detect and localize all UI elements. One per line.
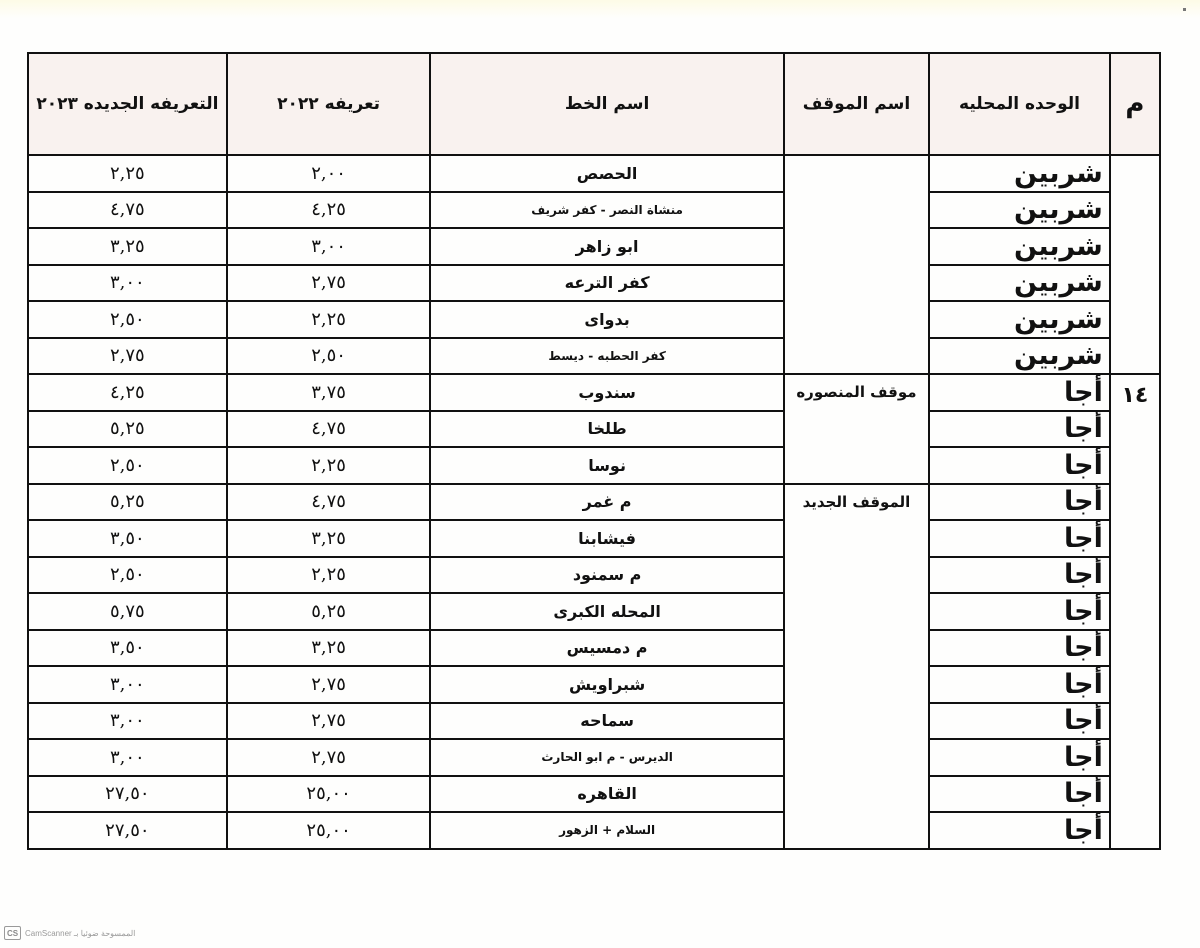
header-fare-2023: التعريفه الجديده ٢٠٢٣ <box>28 53 227 155</box>
fare-2022-cell: ٤,٧٥ <box>227 484 431 521</box>
fare-2022-cell: ٥,٢٥ <box>227 593 431 630</box>
table-row: شربينابو زاهر٣,٠٠٣,٢٥ <box>28 228 1160 265</box>
line-name-cell: القاهره <box>430 776 783 813</box>
fare-2023-cell: ٣,٢٥ <box>28 228 227 265</box>
line-name-cell: المحله الكبرى <box>430 593 783 630</box>
fare-2023-cell: ٥,٢٥ <box>28 411 227 448</box>
fare-2022-cell: ٣,٢٥ <box>227 630 431 667</box>
line-name-cell: الديرس - م ابو الحارث <box>430 739 783 776</box>
table-row: أجاالموقف الجديدم غمر٤,٧٥٥,٢٥ <box>28 484 1160 521</box>
header-fare-2022: تعريفه ٢٠٢٢ <box>227 53 431 155</box>
fare-2022-cell: ٣,٢٥ <box>227 520 431 557</box>
fare-2022-cell: ٢,٥٠ <box>227 338 431 375</box>
fare-2022-cell: ٣,٧٥ <box>227 374 431 411</box>
local-unit-cell: أجا <box>929 520 1110 557</box>
table-row: شربينبدواى٢,٢٥٢,٥٠ <box>28 301 1160 338</box>
fare-2022-cell: ٢,٧٥ <box>227 739 431 776</box>
fare-2023-cell: ٣,٥٠ <box>28 630 227 667</box>
line-name-cell: م دمسيس <box>430 630 783 667</box>
line-name-cell: ابو زاهر <box>430 228 783 265</box>
fare-2022-cell: ٢,٧٥ <box>227 703 431 740</box>
fare-2023-cell: ٢,٥٠ <box>28 447 227 484</box>
local-unit-cell: شربين <box>929 192 1110 229</box>
fare-2023-cell: ٣,٠٠ <box>28 265 227 302</box>
line-name-cell: منشاة النصر - كفر شريف <box>430 192 783 229</box>
local-unit-cell: أجا <box>929 557 1110 594</box>
fare-2023-cell: ٣,٠٠ <box>28 703 227 740</box>
fare-2023-cell: ٣,٠٠ <box>28 739 227 776</box>
row-number-cell: ١٤ <box>1110 374 1160 849</box>
fare-2022-cell: ٢,٢٥ <box>227 557 431 594</box>
station-name-cell: موقف المنصوره <box>784 374 930 484</box>
table-row: شربينكفر الحطبه - ديسط٢,٥٠٢,٧٥ <box>28 338 1160 375</box>
fare-2022-cell: ٤,٧٥ <box>227 411 431 448</box>
table-row: شربينالحصص٢,٠٠٢,٢٥ <box>28 155 1160 192</box>
local-unit-cell: أجا <box>929 666 1110 703</box>
table-row: أجاالديرس - م ابو الحارث٢,٧٥٣,٠٠ <box>28 739 1160 776</box>
line-name-cell: الحصص <box>430 155 783 192</box>
fare-2022-cell: ٣,٠٠ <box>227 228 431 265</box>
local-unit-cell: أجا <box>929 703 1110 740</box>
table-row: أجاسماحه٢,٧٥٣,٠٠ <box>28 703 1160 740</box>
fare-2023-cell: ٢٧,٥٠ <box>28 776 227 813</box>
line-name-cell: بدواى <box>430 301 783 338</box>
local-unit-cell: شربين <box>929 301 1110 338</box>
local-unit-cell: شربين <box>929 265 1110 302</box>
table-row: شربينمنشاة النصر - كفر شريف٤,٢٥٤,٧٥ <box>28 192 1160 229</box>
fare-2022-cell: ٢,٧٥ <box>227 265 431 302</box>
local-unit-cell: أجا <box>929 630 1110 667</box>
table-row: أجام سمنود٢,٢٥٢,٥٠ <box>28 557 1160 594</box>
fare-2023-cell: ٢,٧٥ <box>28 338 227 375</box>
fare-2022-cell: ٢,٠٠ <box>227 155 431 192</box>
line-name-cell: نوسا <box>430 447 783 484</box>
row-number-cell <box>1110 155 1160 374</box>
station-name-cell: الموقف الجديد <box>784 484 930 849</box>
fare-2023-cell: ٥,٧٥ <box>28 593 227 630</box>
table-header-row: م الوحده المحليه اسم الموقف اسم الخط تعر… <box>28 53 1160 155</box>
station-name-cell <box>784 155 930 374</box>
local-unit-cell: أجا <box>929 411 1110 448</box>
fare-2023-cell: ٣,٥٠ <box>28 520 227 557</box>
table-row: شربينكفر الترعه٢,٧٥٣,٠٠ <box>28 265 1160 302</box>
line-name-cell: السلام + الزهور <box>430 812 783 849</box>
fare-2023-cell: ٢,٢٥ <box>28 155 227 192</box>
line-name-cell: م غمر <box>430 484 783 521</box>
header-local-unit: الوحده المحليه <box>929 53 1110 155</box>
line-name-cell: سندوب <box>430 374 783 411</box>
fare-2022-cell: ٢٥,٠٠ <box>227 812 431 849</box>
local-unit-cell: شربين <box>929 155 1110 192</box>
line-name-cell: شبراويش <box>430 666 783 703</box>
fare-2022-cell: ٤,٢٥ <box>227 192 431 229</box>
table-row: أجاالمحله الكبرى٥,٢٥٥,٧٥ <box>28 593 1160 630</box>
local-unit-cell: أجا <box>929 447 1110 484</box>
table-row: أجاشبراويش٢,٧٥٣,٠٠ <box>28 666 1160 703</box>
line-name-cell: سماحه <box>430 703 783 740</box>
line-name-cell: فيشابنا <box>430 520 783 557</box>
fare-2023-cell: ٢,٥٠ <box>28 557 227 594</box>
fare-2022-cell: ٢٥,٠٠ <box>227 776 431 813</box>
local-unit-cell: أجا <box>929 812 1110 849</box>
local-unit-cell: أجا <box>929 593 1110 630</box>
local-unit-cell: شربين <box>929 338 1110 375</box>
local-unit-cell: أجا <box>929 484 1110 521</box>
fare-2023-cell: ٢٧,٥٠ <box>28 812 227 849</box>
local-unit-cell: أجا <box>929 374 1110 411</box>
fare-2023-cell: ٤,٧٥ <box>28 192 227 229</box>
fare-2022-cell: ٢,٧٥ <box>227 666 431 703</box>
local-unit-cell: أجا <box>929 739 1110 776</box>
line-name-cell: كفر الحطبه - ديسط <box>430 338 783 375</box>
scan-top-tint <box>0 0 1200 18</box>
header-station-name: اسم الموقف <box>784 53 930 155</box>
local-unit-cell: شربين <box>929 228 1110 265</box>
scan-speck <box>1183 8 1186 11</box>
table-row: أجاطلخا٤,٧٥٥,٢٥ <box>28 411 1160 448</box>
fare-2023-cell: ٥,٢٥ <box>28 484 227 521</box>
watermark-text: CamScanner الممسوحة ضوئيا بـ <box>25 929 135 938</box>
camscanner-logo-icon: CS <box>4 926 21 940</box>
table-row: أجانوسا٢,٢٥٢,٥٠ <box>28 447 1160 484</box>
line-name-cell: طلخا <box>430 411 783 448</box>
local-unit-cell: أجا <box>929 776 1110 813</box>
fare-2022-cell: ٢,٢٥ <box>227 301 431 338</box>
camscanner-watermark: CS CamScanner الممسوحة ضوئيا بـ <box>4 926 135 940</box>
header-num: م <box>1110 53 1160 155</box>
fare-table: م الوحده المحليه اسم الموقف اسم الخط تعر… <box>27 52 1161 850</box>
table-row: أجاالسلام + الزهور٢٥,٠٠٢٧,٥٠ <box>28 812 1160 849</box>
line-name-cell: م سمنود <box>430 557 783 594</box>
header-line-name: اسم الخط <box>430 53 783 155</box>
table-row: أجافيشابنا٣,٢٥٣,٥٠ <box>28 520 1160 557</box>
table-row: أجام دمسيس٣,٢٥٣,٥٠ <box>28 630 1160 667</box>
table-row: أجاالقاهره٢٥,٠٠٢٧,٥٠ <box>28 776 1160 813</box>
fare-2022-cell: ٢,٢٥ <box>227 447 431 484</box>
fare-2023-cell: ٤,٢٥ <box>28 374 227 411</box>
table-body: شربينالحصص٢,٠٠٢,٢٥شربينمنشاة النصر - كفر… <box>28 155 1160 849</box>
fare-2023-cell: ٣,٠٠ <box>28 666 227 703</box>
table-row: ١٤أجاموقف المنصورهسندوب٣,٧٥٤,٢٥ <box>28 374 1160 411</box>
fare-2023-cell: ٢,٥٠ <box>28 301 227 338</box>
line-name-cell: كفر الترعه <box>430 265 783 302</box>
